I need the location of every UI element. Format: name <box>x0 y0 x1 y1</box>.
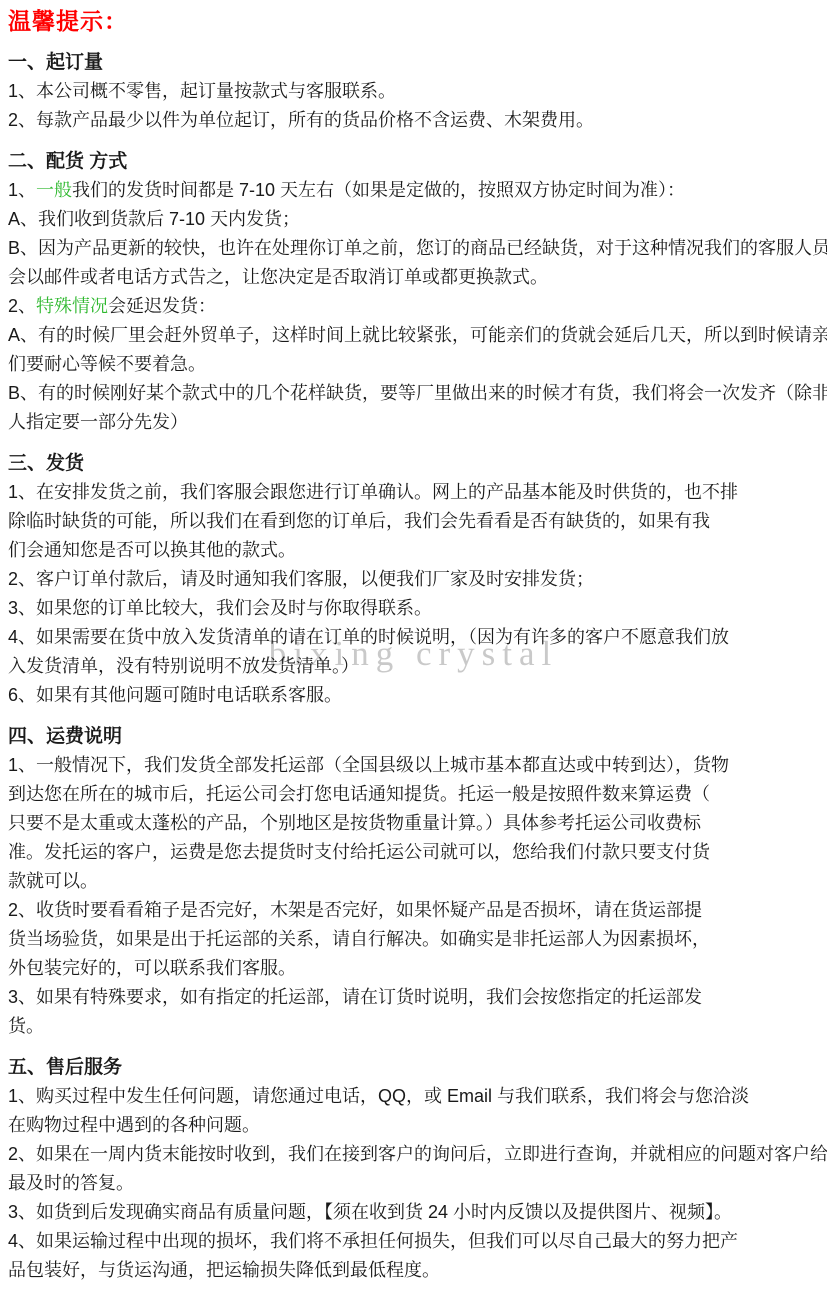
text-segment: 2、 <box>8 296 36 316</box>
text-segment: A、我们收到货款后 7-10 天内发货； <box>8 209 300 229</box>
section-heading-after-sales-service: 五、售后服务 <box>8 1053 817 1082</box>
text-line: 品包装好，与货运沟通，把运输损失降低到最低程度。 <box>8 1256 817 1285</box>
text-segment: 会延迟发货： <box>108 296 216 316</box>
text-segment: 最及时的答复。 <box>8 1173 134 1193</box>
sections-container: 一、起订量1、本公司概不零售，起订量按款式与客服联系。2、每款产品最少以件为单位… <box>8 48 817 1285</box>
text-line: 货。 <box>8 1012 817 1041</box>
notice-page: bixing crystal 温馨提示： 一、起订量1、本公司概不零售，起订量按… <box>0 0 827 1299</box>
text-segment: 在购物过程中遇到的各种问题。 <box>8 1115 260 1135</box>
text-segment: 款就可以。 <box>8 871 98 891</box>
text-segment: 货当场验货，如果是出于托运部的关系，请自行解决。如确实是非托运部人为因素损坏， <box>8 929 710 949</box>
text-segment: 们会通知您是否可以换其他的款式。 <box>8 540 296 560</box>
text-segment: 1、一般情况下，我们发货全部发托运部（全国县级以上城市基本都直达或中转到达），货… <box>8 755 729 775</box>
text-line: 3、如果您的订单比较大，我们会及时与你取得联系。 <box>8 594 817 623</box>
text-segment: 入发货清单，没有特别说明不放发货清单。） <box>8 656 359 676</box>
text-line: 们要耐心等候不要着急。 <box>8 350 817 379</box>
text-segment: 2、每款产品最少以件为单位起订，所有的货品价格不含运费、木架费用。 <box>8 110 594 130</box>
text-segment: 1、本公司概不零售，起订量按款式与客服联系。 <box>8 81 396 101</box>
text-line: 2、每款产品最少以件为单位起订，所有的货品价格不含运费、木架费用。 <box>8 106 817 135</box>
text-line: 只要不是太重或太蓬松的产品，个别地区是按货物重量计算。）具体参考托运公司收费标 <box>8 809 817 838</box>
text-line: A、有的时候厂里会赶外贸单子，这样时间上就比较紧张，可能亲们的货就会延后几天，所… <box>8 321 817 350</box>
text-line: 4、如果需要在货中放入发货清单的请在订单的时候说明，（因为有许多的客户不愿意我们… <box>8 623 817 652</box>
text-segment: A、有的时候厂里会赶外贸单子，这样时间上就比较紧张，可能亲们的货就会延后几天，所… <box>8 325 827 345</box>
text-line: 最及时的答复。 <box>8 1169 817 1198</box>
text-segment: 1、 <box>8 180 36 200</box>
text-segment: 2、收货时要看看箱子是否完好，木架是否完好，如果怀疑产品是否损坏，请在货运部提 <box>8 900 702 920</box>
text-line: 在购物过程中遇到的各种问题。 <box>8 1111 817 1140</box>
text-segment: 人指定要一部分先发） <box>8 412 188 432</box>
text-line: 货当场验货，如果是出于托运部的关系，请自行解决。如确实是非托运部人为因素损坏， <box>8 925 817 954</box>
text-segment: 2、如果在一周内货末能按时收到，我们在接到客户的询问后，立即进行查询，并就相应的… <box>8 1144 827 1164</box>
text-segment: 除临时缺货的可能，所以我们在看到您的订单后，我们会先看看是否有缺货的，如果有我 <box>8 511 710 531</box>
text-line: 除临时缺货的可能，所以我们在看到您的订单后，我们会先看看是否有缺货的，如果有我 <box>8 507 817 536</box>
text-line: B、有的时候刚好某个款式中的几个花样缺货，要等厂里做出来的时候才有货，我们将会一… <box>8 379 817 408</box>
text-segment: 到达您在所在的城市后，托运公司会打您电话通知提货。托运一般是按照件数来算运费（ <box>8 784 710 804</box>
text-segment: 6、如果有其他问题可随时电话联系客服。 <box>8 685 342 705</box>
highlighted-term: 特殊情况 <box>36 296 108 316</box>
section-heading-minimum-order: 一、起订量 <box>8 48 817 77</box>
text-segment: 我们的发货时间都是 7-10 天左右（如果是定做的，按照双方协定时间为准）： <box>72 180 685 200</box>
text-line: 3、如货到后发现确实商品有质量问题，【须在收到货 24 小时内反馈以及提供图片、… <box>8 1198 817 1227</box>
section-heading-shipping: 三、发货 <box>8 449 817 478</box>
text-line: 人指定要一部分先发） <box>8 408 817 437</box>
page-title: 温馨提示： <box>8 6 817 36</box>
text-segment: 3、如果有特殊要求，如有指定的托运部，请在订货时说明，我们会按您指定的托运部发 <box>8 987 702 1007</box>
text-line: 4、如果运输过程中出现的损坏，我们将不承担任何损失，但我们可以尽自己最大的努力把… <box>8 1227 817 1256</box>
text-line: 们会通知您是否可以换其他的款式。 <box>8 536 817 565</box>
text-line: 1、本公司概不零售，起订量按款式与客服联系。 <box>8 77 817 106</box>
text-segment: 只要不是太重或太蓬松的产品，个别地区是按货物重量计算。）具体参考托运公司收费标 <box>8 813 701 833</box>
section-heading-distribution-method: 二、配货 方式 <box>8 147 817 176</box>
text-segment: 1、购买过程中发生任何问题，请您通过电话，QQ，或 Email 与我们联系，我们… <box>8 1086 749 1106</box>
text-line: 6、如果有其他问题可随时电话联系客服。 <box>8 681 817 710</box>
text-line: 1、一般情况下，我们发货全部发托运部（全国县级以上城市基本都直达或中转到达），货… <box>8 751 817 780</box>
text-segment: 4、如果运输过程中出现的损坏，我们将不承担任何损失，但我们可以尽自己最大的努力把… <box>8 1231 738 1251</box>
text-segment: 3、如货到后发现确实商品有质量问题，【须在收到货 24 小时内反馈以及提供图片、… <box>8 1202 732 1222</box>
section-heading-freight-notes: 四、运费说明 <box>8 722 817 751</box>
text-segment: 2、客户订单付款后，请及时通知我们客服，以便我们厂家及时安排发货； <box>8 569 594 589</box>
text-segment: 品包装好，与货运沟通，把运输损失降低到最低程度。 <box>8 1260 440 1280</box>
text-line: 3、如果有特殊要求，如有指定的托运部，请在订货时说明，我们会按您指定的托运部发 <box>8 983 817 1012</box>
text-segment: 3、如果您的订单比较大，我们会及时与你取得联系。 <box>8 598 432 618</box>
text-line: 款就可以。 <box>8 867 817 896</box>
text-line: 2、特殊情况会延迟发货： <box>8 292 817 321</box>
text-line: 准。发托运的客户，运费是您去提货时支付给托运公司就可以，您给我们付款只要支付货 <box>8 838 817 867</box>
text-line: A、我们收到货款后 7-10 天内发货； <box>8 205 817 234</box>
text-line: 会以邮件或者电话方式告之，让您决定是否取消订单或都更换款式。 <box>8 263 817 292</box>
text-line: 1、购买过程中发生任何问题，请您通过电话，QQ，或 Email 与我们联系，我们… <box>8 1082 817 1111</box>
text-line: 外包装完好的，可以联系我们客服。 <box>8 954 817 983</box>
notice-content: 温馨提示： 一、起订量1、本公司概不零售，起订量按款式与客服联系。2、每款产品最… <box>8 6 817 1285</box>
text-line: 1、在安排发货之前，我们客服会跟您进行订单确认。网上的产品基本能及时供货的，也不… <box>8 478 817 507</box>
text-segment: 会以邮件或者电话方式告之，让您决定是否取消订单或都更换款式。 <box>8 267 548 287</box>
text-line: 1、一般我们的发货时间都是 7-10 天左右（如果是定做的，按照双方协定时间为准… <box>8 176 817 205</box>
text-line: B、因为产品更新的较快，也许在处理你订单之前，您订的商品已经缺货，对于这种情况我… <box>8 234 817 263</box>
text-line: 2、客户订单付款后，请及时通知我们客服，以便我们厂家及时安排发货； <box>8 565 817 594</box>
text-segment: 外包装完好的，可以联系我们客服。 <box>8 958 296 978</box>
text-segment: B、因为产品更新的较快，也许在处理你订单之前，您订的商品已经缺货，对于这种情况我… <box>8 238 827 258</box>
text-line: 2、收货时要看看箱子是否完好，木架是否完好，如果怀疑产品是否损坏，请在货运部提 <box>8 896 817 925</box>
text-segment: 4、如果需要在货中放入发货清单的请在订单的时候说明，（因为有许多的客户不愿意我们… <box>8 627 729 647</box>
text-line: 入发货清单，没有特别说明不放发货清单。） <box>8 652 817 681</box>
highlighted-term: 一般 <box>36 180 72 200</box>
text-line: 2、如果在一周内货末能按时收到，我们在接到客户的询问后，立即进行查询，并就相应的… <box>8 1140 817 1169</box>
text-segment: 货。 <box>8 1016 44 1036</box>
text-segment: 1、在安排发货之前，我们客服会跟您进行订单确认。网上的产品基本能及时供货的，也不… <box>8 482 738 502</box>
text-line: 到达您在所在的城市后，托运公司会打您电话通知提货。托运一般是按照件数来算运费（ <box>8 780 817 809</box>
text-segment: B、有的时候刚好某个款式中的几个花样缺货，要等厂里做出来的时候才有货，我们将会一… <box>8 383 827 403</box>
text-segment: 准。发托运的客户，运费是您去提货时支付给托运公司就可以，您给我们付款只要支付货 <box>8 842 710 862</box>
text-segment: 们要耐心等候不要着急。 <box>8 354 206 374</box>
